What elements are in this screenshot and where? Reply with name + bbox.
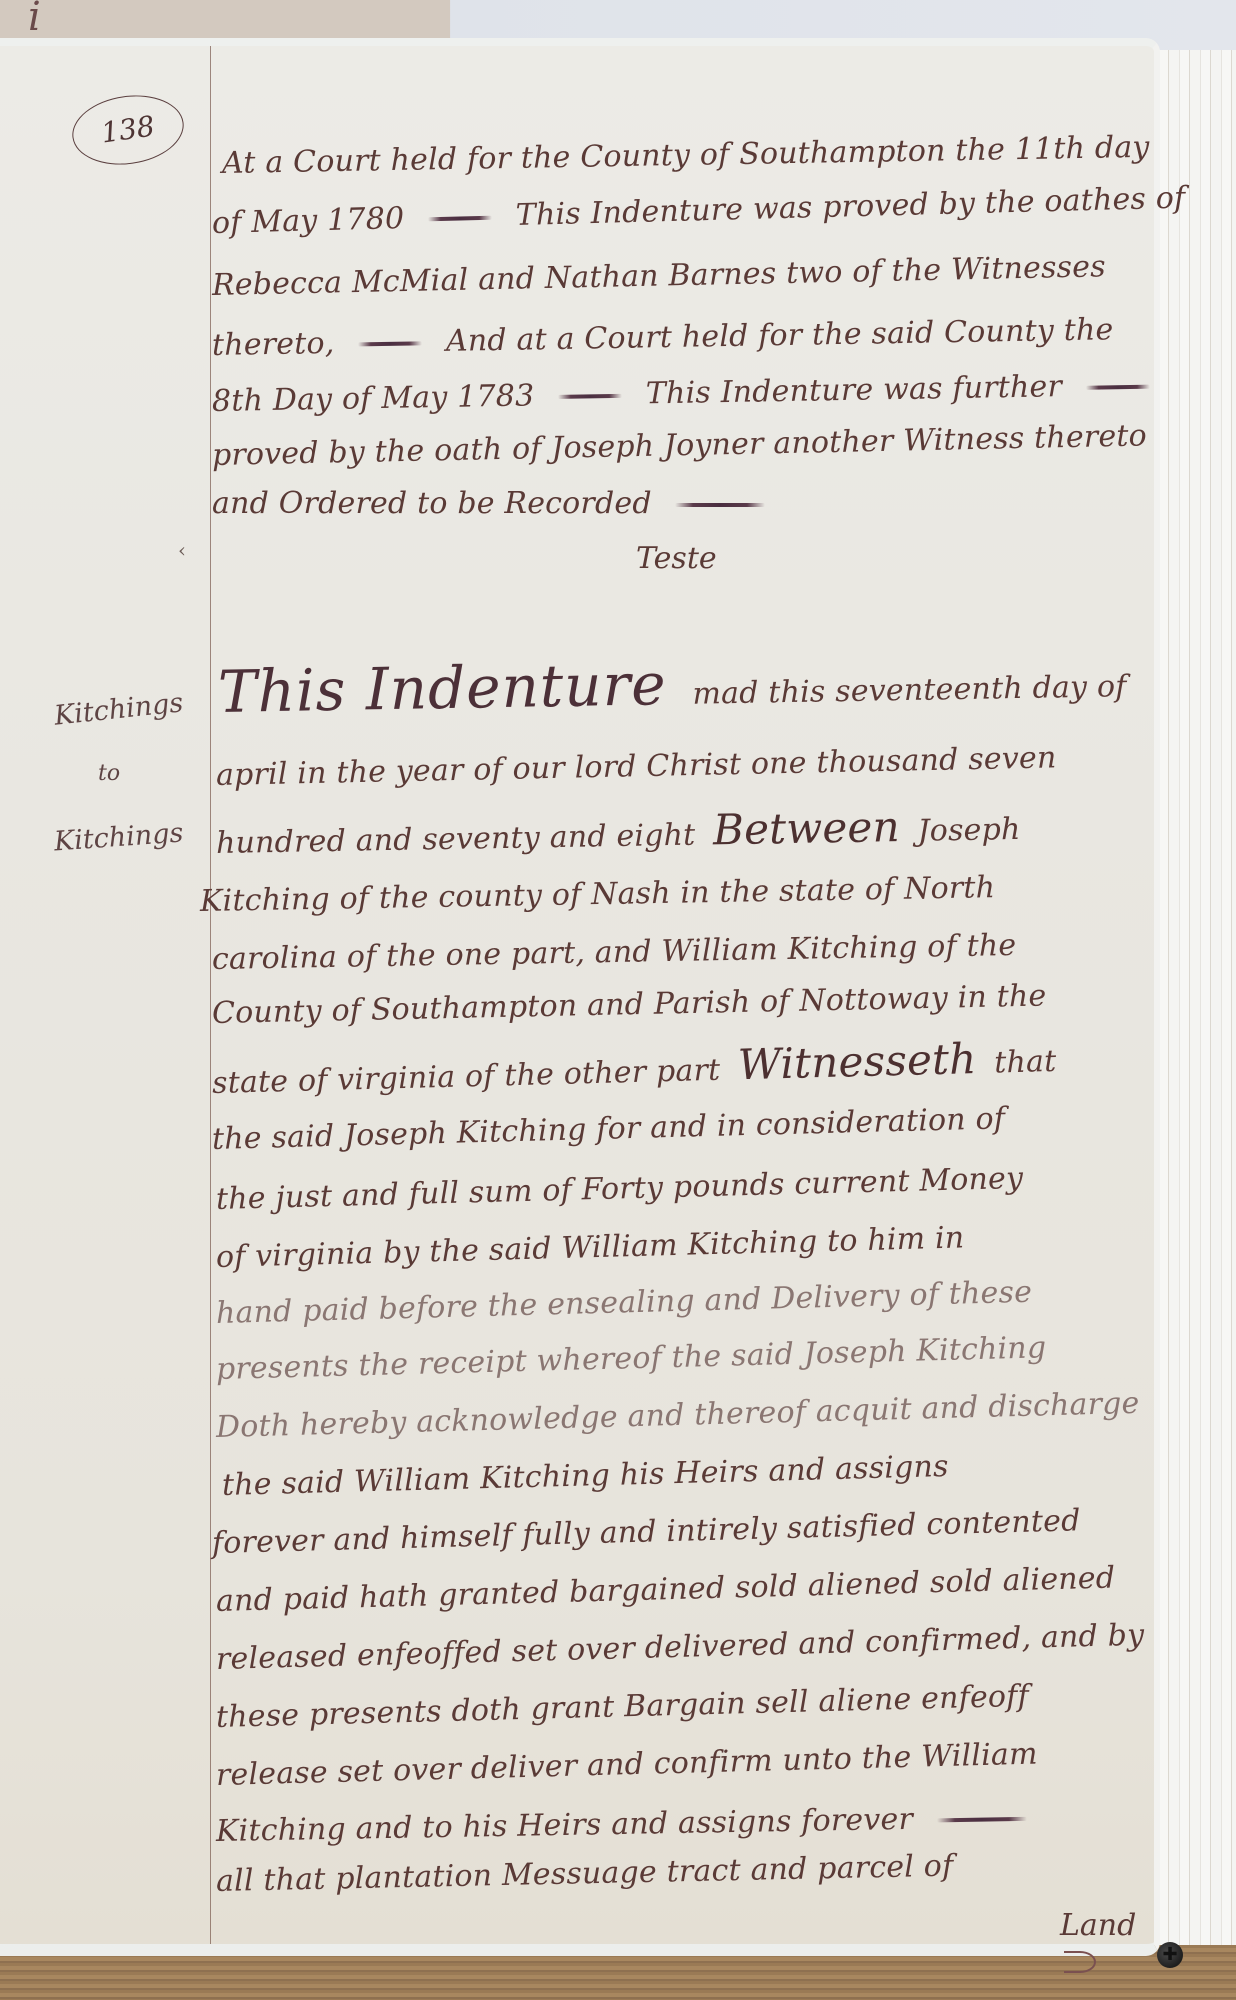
deed-line-12: presents the receipt whereof the said Jo… <box>216 1330 1047 1387</box>
deed-line-9: the just and full sum of Forty pounds cu… <box>216 1161 1024 1217</box>
deed-line-10: of virginia by the said William Kitching… <box>216 1220 965 1275</box>
flourish-dash <box>558 394 622 399</box>
deed-line-15: forever and himself fully and intirely s… <box>212 1503 1081 1561</box>
page-number: 138 <box>68 89 188 172</box>
marginal-note-grantee: Kitchings <box>53 818 184 858</box>
flourish-icon <box>1064 1951 1096 1973</box>
catchword-land: Land <box>1060 1908 1154 1978</box>
deed-witnesseth: Witnesseth <box>737 1034 977 1089</box>
flourish-dash <box>675 503 765 507</box>
deed-line-20: Kitching and to his Heirs and assigns fo… <box>216 1800 1041 1849</box>
deed-line-5: carolina of the one part, and William Ki… <box>212 928 1017 977</box>
screw-icon: ✚ <box>1157 1942 1183 1968</box>
certificate-line-5: 8th Day of May 1783 This Indenture was f… <box>212 367 1164 419</box>
deed-heading: This Indenture <box>217 650 667 726</box>
certificate-date-1780: of May 1780 <box>212 201 405 241</box>
page-stack-edge <box>1148 50 1236 1945</box>
attestation-teste: Teste <box>636 541 717 576</box>
certificate-date-1783: 8th Day of May 1783 <box>212 378 535 419</box>
deed-between: Between <box>713 802 901 854</box>
certificate-line-3: Rebecca McMial and Nathan Barnes two of … <box>212 249 1106 303</box>
previous-page-glyph: i <box>28 0 41 40</box>
deed-line-21: all that plantation Messuage tract and p… <box>216 1849 954 1899</box>
deed-line-1: This Indenture mad this seventeenth day … <box>217 642 1126 726</box>
flourish-dash <box>937 1817 1027 1823</box>
deed-line-4: Kitching of the county of Nash in the st… <box>200 870 996 919</box>
certificate-line-1: At a Court held for the County of Southa… <box>222 130 1150 181</box>
certificate-line-7: and Ordered to be Recorded <box>212 486 779 521</box>
certificate-line-4: thereto, And at a Court held for the sai… <box>212 312 1114 363</box>
flourish-dash <box>1086 385 1150 390</box>
deed-line-7: state of virginia of the other part Witn… <box>211 1032 1056 1103</box>
flourish-dash <box>428 216 492 222</box>
marginal-note-grantor: Kitchings <box>53 687 185 731</box>
margin-tick-mark: ‹ <box>178 538 186 562</box>
deed-line-17: released enfeoffed set over delivered an… <box>216 1618 1145 1677</box>
deed-line-8: the said Joseph Kitching for and in cons… <box>212 1101 1006 1157</box>
deed-line-14: the said William Kitching his Heirs and … <box>222 1449 950 1503</box>
certificate-line-2: of May 1780 This Indenture was proved by… <box>212 181 1186 241</box>
marginal-note-to: to <box>98 761 120 786</box>
flourish-dash <box>358 341 422 346</box>
deed-line-19: release set over deliver and confirm unt… <box>216 1736 1039 1793</box>
deed-line-2: april in the year of our lord Christ one… <box>216 740 1057 793</box>
deed-line-11: hand paid before the ensealing and Deliv… <box>216 1275 1033 1331</box>
deed-line-13: Doth hereby acknowledge and thereof acqu… <box>216 1386 1140 1445</box>
deed-line-3: hundred and seventy and eight Between Jo… <box>216 800 1021 863</box>
certificate-line-6: proved by the oath of Joseph Joyner anot… <box>212 418 1148 473</box>
deed-line-18: these presents doth grant Bargain sell a… <box>216 1679 1030 1735</box>
deed-line-6: County of Southampton and Parish of Nott… <box>212 979 1047 1031</box>
ledger-page: 138 ‹ Kitchings to Kitchings At a Court … <box>0 38 1160 1956</box>
deed-line-16: and paid hath granted bargained sold ali… <box>216 1560 1116 1619</box>
